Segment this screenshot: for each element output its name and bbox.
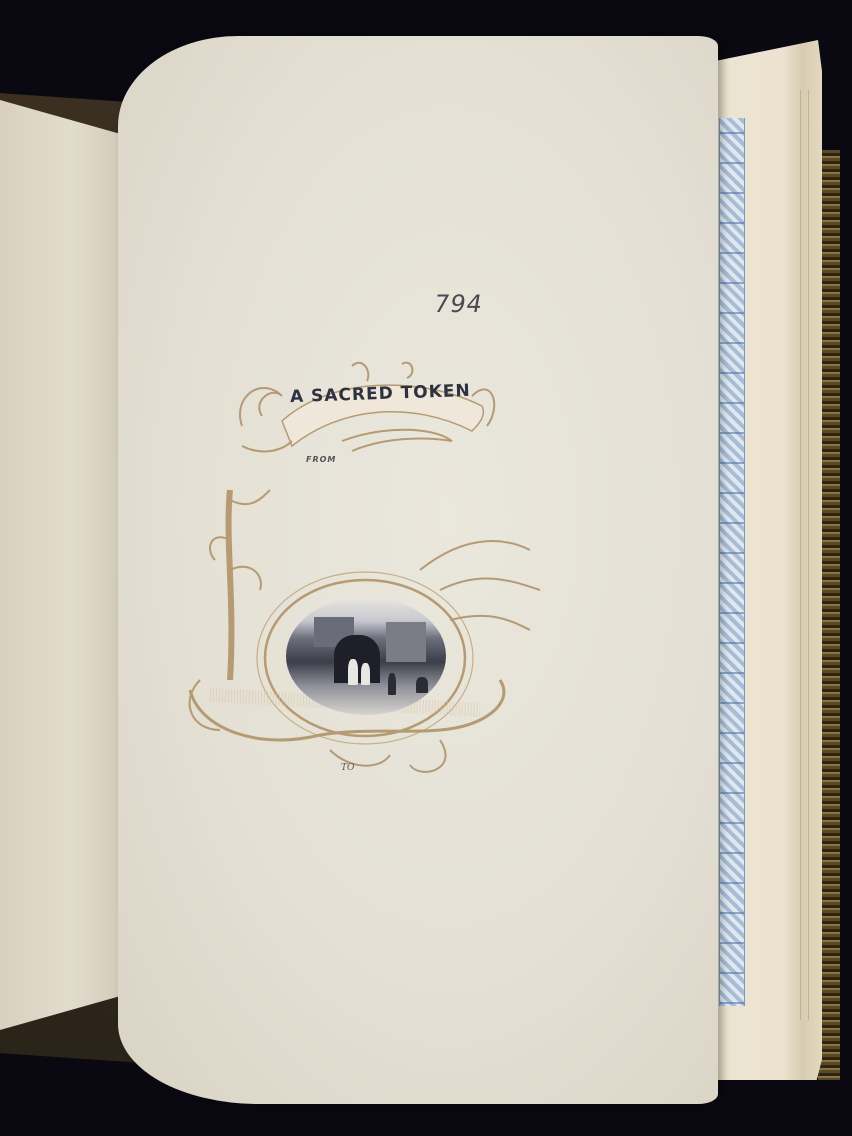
from-label: FROM	[306, 455, 336, 464]
engraved-vignette-scene	[286, 597, 446, 715]
robed-figure	[361, 663, 370, 685]
page-edge-line	[808, 90, 809, 1020]
left-page	[0, 100, 132, 1030]
to-label: TO	[341, 763, 354, 773]
robed-figure	[416, 677, 428, 693]
scroll-banner-ornament	[222, 356, 502, 466]
building	[386, 622, 426, 662]
book-photo: 794 A SACRED TOKEN FROM TO	[0, 0, 852, 1136]
page-edge-line	[800, 90, 801, 1020]
blue-patterned-border-strip	[719, 118, 745, 1006]
handwritten-number: 794	[432, 290, 486, 318]
robed-figure	[348, 659, 358, 685]
robed-figure	[388, 673, 396, 695]
